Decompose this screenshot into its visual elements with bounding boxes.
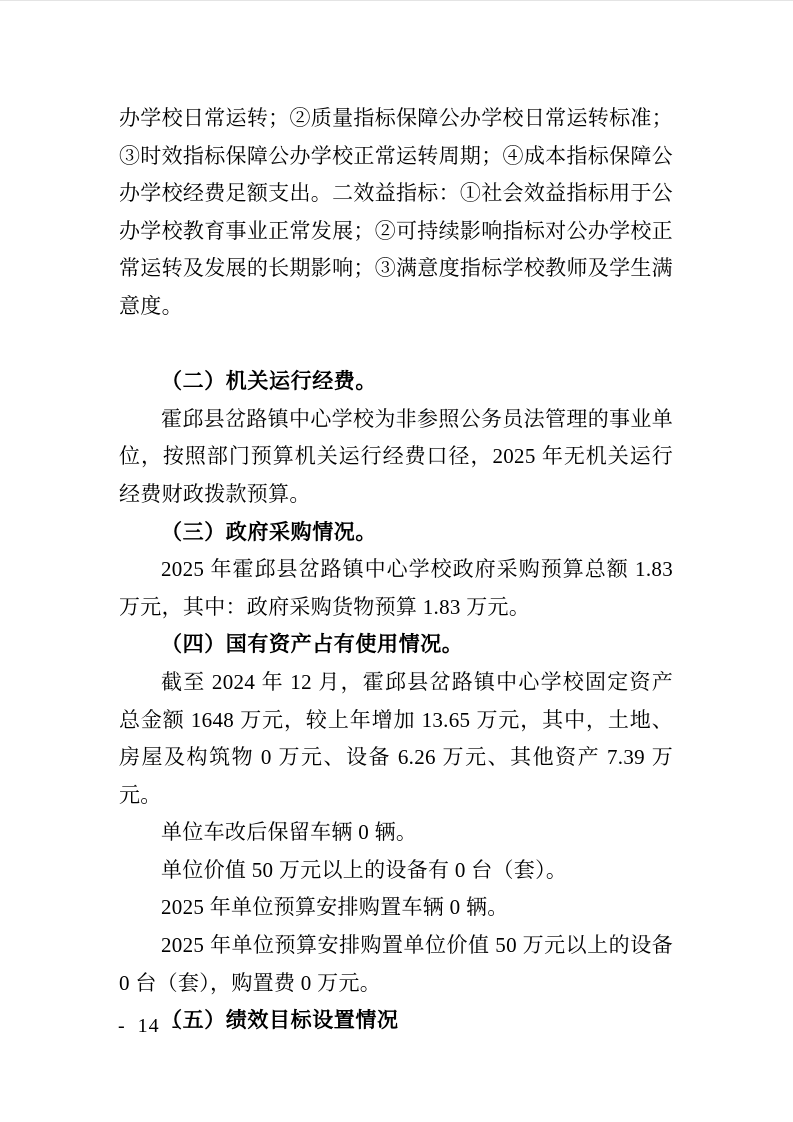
paragraph-government-procurement: 2025 年霍邱县岔路镇中心学校政府采购预算总额 1.83 万元，其中：政府采购… bbox=[119, 551, 673, 626]
section-heading-state-owned-assets: （四）国有资产占有使用情况。 bbox=[119, 626, 673, 664]
document-content: 办学校日常运转；②质量指标保障公办学校日常运转标准；③时效指标保障公办学校正常运… bbox=[119, 100, 673, 1040]
section-heading-government-procurement: （三）政府采购情况。 bbox=[119, 514, 673, 552]
page-number: - 14 - bbox=[118, 1015, 179, 1037]
paragraph-equipment-over-500k: 单位价值 50 万元以上的设备有 0 台（套）。 bbox=[119, 852, 673, 890]
section-heading-organ-operating-funds: （二）机关运行经费。 bbox=[119, 363, 673, 401]
paragraph-fixed-assets-total: 截至 2024 年 12 月，霍邱县岔路镇中心学校固定资产总金额 1648 万元… bbox=[119, 664, 673, 814]
paragraph-performance-indicators-continuation: 办学校日常运转；②质量指标保障公办学校日常运转标准；③时效指标保障公办学校正常运… bbox=[119, 100, 673, 326]
blank-line bbox=[119, 326, 673, 364]
paragraph-retained-vehicles: 单位车改后保留车辆 0 辆。 bbox=[119, 814, 673, 852]
paragraph-equipment-purchase-budget: 2025 年单位预算安排购置单位价值 50 万元以上的设备 0 台（套），购置费… bbox=[119, 927, 673, 1002]
document-page: 办学校日常运转；②质量指标保障公办学校日常运转标准；③时效指标保障公办学校正常运… bbox=[0, 0, 793, 1122]
paragraph-vehicle-purchase-budget: 2025 年单位预算安排购置车辆 0 辆。 bbox=[119, 889, 673, 927]
page-footer: - 14 - bbox=[118, 1012, 179, 1040]
section-heading-performance-goals: （五）绩效目标设置情况 bbox=[119, 1002, 673, 1040]
paragraph-organ-operating-funds: 霍邱县岔路镇中心学校为非参照公务员法管理的事业单位，按照部门预算机关运行经费口径… bbox=[119, 401, 673, 514]
